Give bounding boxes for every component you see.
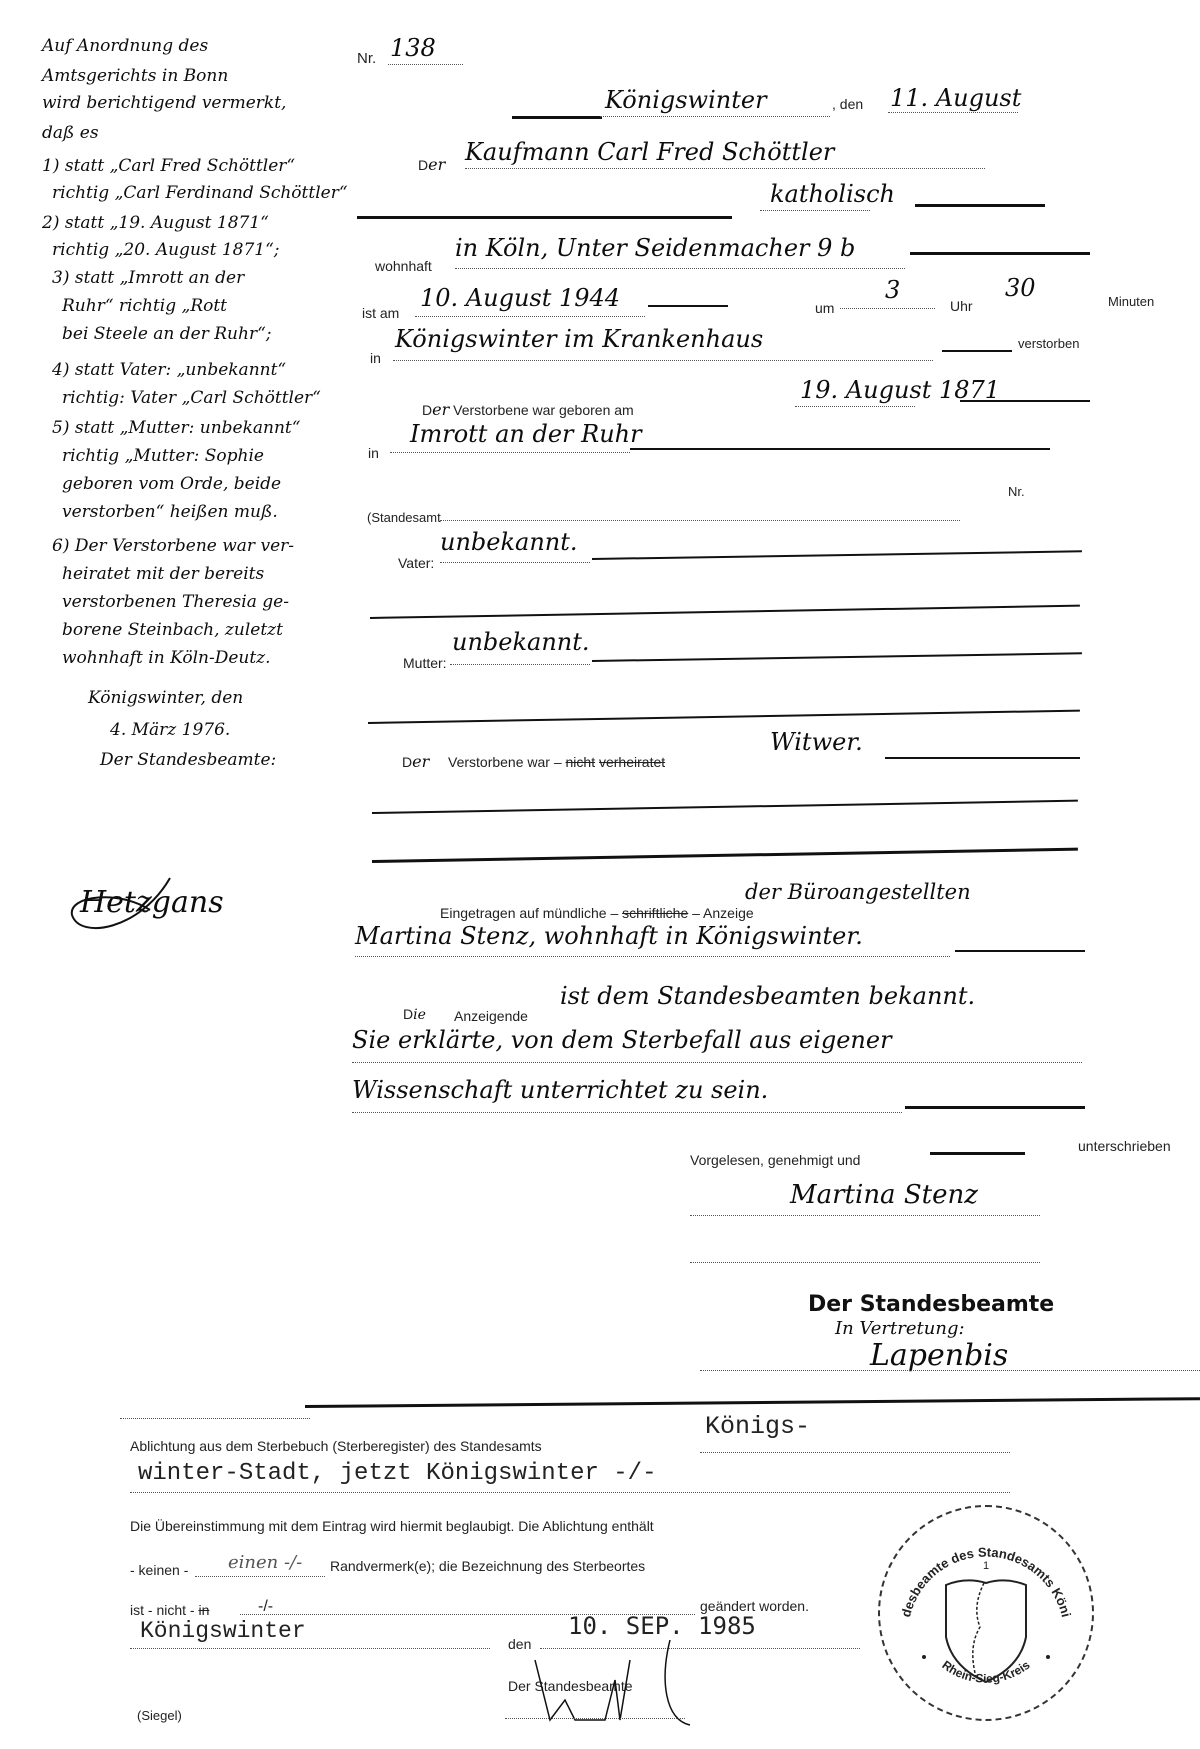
margin-note-line: bei Steele an der Ruhr“; — [62, 326, 272, 343]
margin-note-line: 5) statt „Mutter: unbekannt“ — [52, 420, 300, 437]
randvermerk: Randvermerk(e); die Bezeichnung des Ster… — [330, 1558, 645, 1574]
ist-nicht-label: ist - nicht - in — [130, 1602, 209, 1618]
keinen-value: einen -/- — [228, 1552, 302, 1573]
office-line-1: Königs- — [705, 1412, 810, 1441]
death-date: 10. August 1944 — [420, 284, 620, 312]
um-label: um — [815, 300, 834, 316]
margin-note-line: richtig „Mutter: Sophie — [62, 448, 264, 465]
margin-note-line: 1) statt „Carl Fred Schöttler“ — [42, 158, 295, 175]
margin-note-line: Ruhr“ richtig „Rott — [62, 298, 227, 315]
anzeigende-prefix: Die — [403, 1006, 426, 1023]
anzeigende-text-2: Sie erklärte, von dem Sterbefall aus eig… — [352, 1026, 892, 1054]
certification-place: Königswinter — [140, 1618, 306, 1644]
margin-note-line: Amtsgerichts in Bonn — [42, 68, 228, 85]
death-minutes: 30 — [1005, 274, 1036, 302]
register-place: Königswinter — [605, 86, 767, 114]
minuten-label: Minuten — [1108, 294, 1154, 309]
official-seal: Der Standesbeamte des Standesamts Königs… — [878, 1505, 1094, 1721]
marital-status: Witwer. — [770, 728, 863, 756]
signature-flourish-icon — [60, 870, 180, 940]
residence: in Köln, Unter Seidenmacher 9 b — [455, 234, 855, 262]
entry-number: 138 — [390, 34, 436, 62]
margin-note-line: verstorben“ heißen muß. — [62, 504, 278, 521]
margin-note-line: daß es — [42, 125, 99, 142]
registrar-signature: Lapenbis — [870, 1338, 1008, 1373]
anzeigende-text-3: Wissenschaft unterrichtet zu sein. — [352, 1076, 768, 1104]
office-line-2: winter-Stadt, jetzt Königswinter -/- — [138, 1460, 656, 1487]
unterschrieben-label: unterschrieben — [1078, 1138, 1171, 1154]
mutter-label: Mutter: — [403, 655, 447, 671]
religion: katholisch — [770, 180, 895, 208]
certification-signature-icon — [520, 1640, 720, 1730]
deceased-name: Kaufmann Carl Fred Schöttler — [465, 138, 834, 166]
wohnhaft-label: wohnhaft — [375, 258, 432, 274]
anzeigende-text-1: ist dem Standesbeamten bekannt. — [560, 982, 975, 1010]
verstorben-label: verstorben — [1018, 336, 1079, 351]
in-label: in — [370, 350, 381, 366]
born-prefix: Der Verstorbene war geboren am — [422, 400, 634, 419]
vorgelesen-label: Vorgelesen, genehmigt und — [690, 1152, 860, 1168]
vater-label: Vater: — [398, 555, 434, 571]
vater-value: unbekannt. — [440, 528, 578, 556]
d-prefix: Der — [418, 155, 445, 174]
margin-note-line: Auf Anordnung des — [42, 38, 208, 55]
margin-note-line: heiratet mit der bereits — [62, 566, 264, 583]
birth-in-label: in — [368, 445, 379, 461]
informant-line-1: der Büroangestellten — [745, 880, 971, 904]
den-label: , den — [832, 96, 863, 112]
standesamt-label: (Standesamt — [367, 510, 441, 525]
uhr-label: Uhr — [950, 298, 973, 314]
margin-note-line: wird berichtigend vermerkt, — [42, 95, 286, 112]
informant-signature: Martina Stenz — [790, 1180, 978, 1210]
seal-number: 1 — [983, 1560, 989, 1572]
margin-note-line: wohnhaft in Köln-Deutz. — [62, 650, 271, 667]
margin-note-line: 6) Der Verstorbene war ver- — [52, 538, 294, 555]
margin-note-line: geboren vom Orde, beide — [62, 476, 281, 493]
margin-note-line: 4. März 1976. — [110, 722, 230, 739]
register-date: 11. August — [890, 84, 1021, 112]
ist-am-label: ist am — [362, 305, 399, 321]
marital-prefix: Der — [402, 752, 429, 771]
eingetragen-label: Eingetragen auf mündliche – schriftliche… — [440, 905, 754, 921]
nr-label-2: Nr. — [1008, 484, 1025, 499]
margin-note-line: Der Standesbeamte: — [100, 752, 276, 769]
certification-date: 10. SEP. 1985 — [568, 1612, 756, 1640]
siegel-label: (Siegel) — [137, 1708, 182, 1723]
entry-number-label: Nr. — [357, 50, 376, 67]
birth-place: Imrott an der Ruhr — [410, 420, 642, 448]
keinen-label: - keinen - — [130, 1562, 188, 1578]
registrar-in-vertretung: In Vertretung: — [835, 1318, 965, 1339]
marital-label: Verstorbene war – nicht verheiratet — [448, 754, 665, 770]
margin-note-line: Königswinter, den — [88, 690, 243, 707]
informant-line-2: Martina Stenz, wohnhaft in Königswinter. — [355, 922, 863, 950]
death-place: Königswinter im Krankenhaus — [395, 325, 763, 353]
margin-note-line: richtig „Carl Ferdinand Schöttler“ — [52, 185, 348, 202]
margin-note-line: borene Steinbach, zuletzt — [62, 622, 283, 639]
margin-note-line: 4) statt Vater: „unbekannt“ — [52, 362, 286, 379]
margin-note-line: richtig „20. August 1871“; — [52, 242, 280, 259]
margin-note-line: richtig: Vater „Carl Schöttler“ — [62, 390, 321, 407]
margin-note-line: 2) statt „19. August 1871“ — [42, 215, 269, 232]
ablichtung-label: Ablichtung aus dem Sterbebuch (Sterbereg… — [130, 1438, 542, 1454]
registrar-title: Der Standesbeamte — [808, 1292, 1054, 1317]
uebereinstimmung: Die Übereinstimmung mit dem Eintrag wird… — [130, 1518, 654, 1534]
margin-note-line: verstorbenen Theresia ge- — [62, 594, 289, 611]
margin-note-line: 3) statt „Imrott an der — [52, 270, 244, 287]
mutter-value: unbekannt. — [452, 628, 590, 656]
anzeigende-label: Anzeigende — [454, 1008, 528, 1024]
death-hour: 3 — [885, 276, 900, 304]
